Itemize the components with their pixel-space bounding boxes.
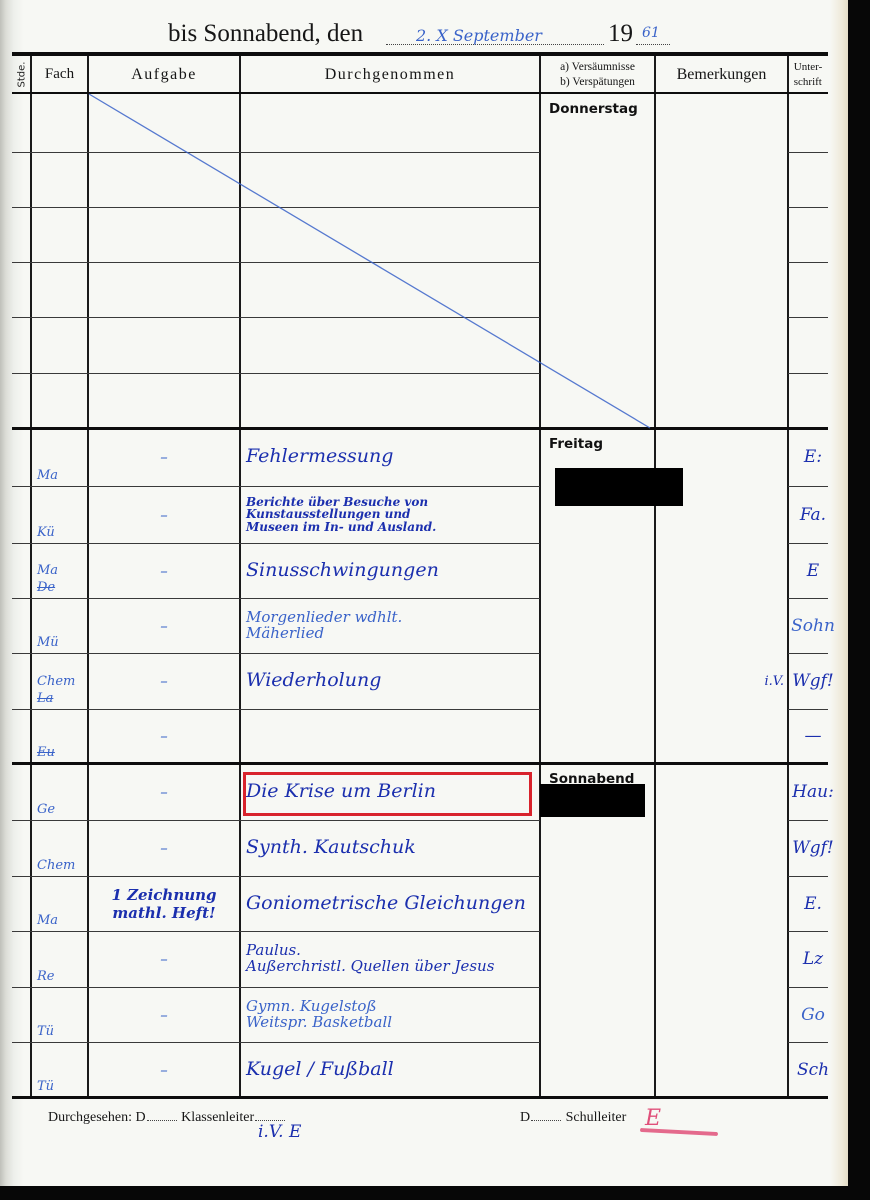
principal-d-label: D [520,1110,530,1125]
row-rule [788,207,828,208]
title-prefix: bis Sonnabend, den [168,20,363,48]
signature-cell: Lz [788,931,838,987]
day-label-donnerstag: Donnerstag [549,101,638,117]
aufgabe-cell: – [88,543,240,598]
durchgenommen-cell: Morgenlieder wdhlt. Mäherlied [246,598,536,653]
aufgabe-cell: – [88,428,240,486]
durchgenommen-cell: Fehlermessung [246,428,536,486]
header-fach: Fach [31,56,88,93]
aufgabe-cell: – [88,820,240,876]
durchgenommen-cell: Sinusschwingungen [246,543,536,598]
day-label-freitag: Freitag [549,436,603,452]
durchgenommen-cell: Synth. Kautschuk [246,820,536,876]
fach-subject: Ma [37,562,86,579]
review-footer: Durchgesehen: D Klassenleiter i.V. E D S… [0,1106,848,1166]
aufgabe-cell: – [88,763,240,820]
header-unterschrift: Unter- schrift [788,56,828,93]
header-bottom-rule [12,92,828,94]
header-versaeumnisse-b: b) Verspätungen [560,75,635,90]
row-rule [788,152,828,153]
aufgabe-cell: – [88,486,240,543]
aufgabe-cell: – [88,709,240,763]
fach-cell: Chem [37,822,86,874]
fach-subject: Tü [37,1078,86,1095]
class-teacher-label: Klassenleiter [181,1110,254,1125]
aufgabe-cell: – [88,931,240,987]
header-stde-label: Stde. [16,62,27,88]
signature-cell: E: [788,428,838,486]
signature-cell: Wgf! [788,820,838,876]
fach-subject-struck: Eu [37,744,86,761]
year-dotted-leader [636,44,670,45]
row-rule [12,317,540,318]
fach-subject: Ma [37,912,86,929]
dotted-leader [147,1120,177,1121]
signature-cell: E. [788,876,838,931]
row-rule [12,207,540,208]
fach-subject-struck: De [37,579,86,596]
fach-cell: Mü [37,600,86,651]
dotted-leader [531,1120,561,1121]
durchgenommen-cell: Berichte über Besuche von Kunstausstellu… [246,486,536,543]
header-durchgenommen: Durchgenommen [240,56,540,93]
aufgabe-cell: 1 Zeichnung mathl. Heft! [88,876,240,931]
reviewed-label: Durchgesehen: D [48,1110,146,1125]
fach-cell: Tü [37,1044,86,1095]
fach-subject: Ge [37,801,86,818]
row-rule [12,373,540,374]
fach-cell: Kü [37,488,86,541]
signature-cell: Sohn [788,598,838,653]
principal-label: Schulleiter [566,1110,627,1125]
signature-cell: Fa. [788,486,838,543]
header-versaeumnisse-a: a) Versäumnisse [560,60,635,75]
highlight-box [243,772,532,816]
week-title: bis Sonnabend, den 2. X September 19 61 [168,18,688,52]
title-century: 19 [608,20,633,48]
redaction-block [540,784,645,817]
class-teacher-review: Durchgesehen: D Klassenleiter [48,1110,286,1126]
fach-subject-struck: La [37,690,86,707]
fach-subject: Kü [37,524,86,541]
durchgenommen-cell: Gymn. Kugelstoß Weitspr. Basketball [246,987,536,1042]
fach-subject: Re [37,968,86,985]
header-unterschrift-2: schrift [794,75,823,90]
class-register-page: bis Sonnabend, den 2. X September 19 61 … [0,0,848,1186]
aufgabe-cell: – [88,598,240,653]
signature-cell: Go [788,987,838,1042]
aufgabe-cell: – [88,653,240,709]
row-rule [12,262,540,263]
row-rule [788,373,828,374]
fach-cell: Tü [37,989,86,1040]
row-rule [788,317,828,318]
header-stde: Stde. [12,56,31,93]
fach-cell: Ma [37,430,86,484]
durchgenommen-cell: Paulus. Außerchristl. Quellen über Jesus [246,931,536,987]
durchgenommen-cell: Goniometrische Gleichungen [246,876,536,931]
fach-cell: Ma [37,878,86,929]
signature-cell: Hau: [788,763,838,820]
column-rule [30,56,32,1097]
fach-subject: Ma [37,467,86,484]
row-rule [788,262,828,263]
fach-cell: Re [37,933,86,985]
row-rule [12,152,540,153]
header-unterschrift-1: Unter- [794,60,823,75]
aufgabe-cell: – [88,987,240,1042]
fach-cell: Eu [37,711,86,761]
signature-cell: Sch [788,1042,838,1097]
handwritten-date: 2. X September [416,26,542,45]
durchgenommen-cell: Wiederholung [246,653,536,709]
principal-review: D Schulleiter [520,1110,626,1126]
aufgabe-cell: – [88,1042,240,1097]
class-teacher-signature: i.V. E [258,1122,301,1142]
header-bemerkungen: Bemerkungen [655,56,788,93]
fach-cell: ChemLa [37,655,86,707]
column-rule [654,56,656,1097]
handwritten-year: 61 [642,25,660,41]
dotted-leader [255,1120,285,1121]
fach-subject: Chem [37,857,86,874]
header-versaeumnisse: a) Versäumnisse b) Verspätungen [540,56,655,93]
signature-cell: Wgf! [788,653,838,709]
durchgenommen-cell: Kugel / Fußball [246,1042,536,1097]
principal-signature: E [645,1106,661,1131]
bemerkungen-cell: i.V. [655,653,784,709]
principal-signature-stroke [640,1128,718,1136]
fach-cell: MaDe [37,545,86,596]
fach-cell: Ge [37,765,86,818]
column-rule [539,56,541,1097]
fach-subject: Tü [37,1023,86,1040]
redaction-block [555,468,683,506]
fach-subject: Mü [37,634,86,651]
fach-subject: Chem [37,673,86,690]
signature-cell: E [788,543,838,598]
signature-cell: — [788,709,838,763]
header-aufgabe: Aufgabe [88,56,240,93]
